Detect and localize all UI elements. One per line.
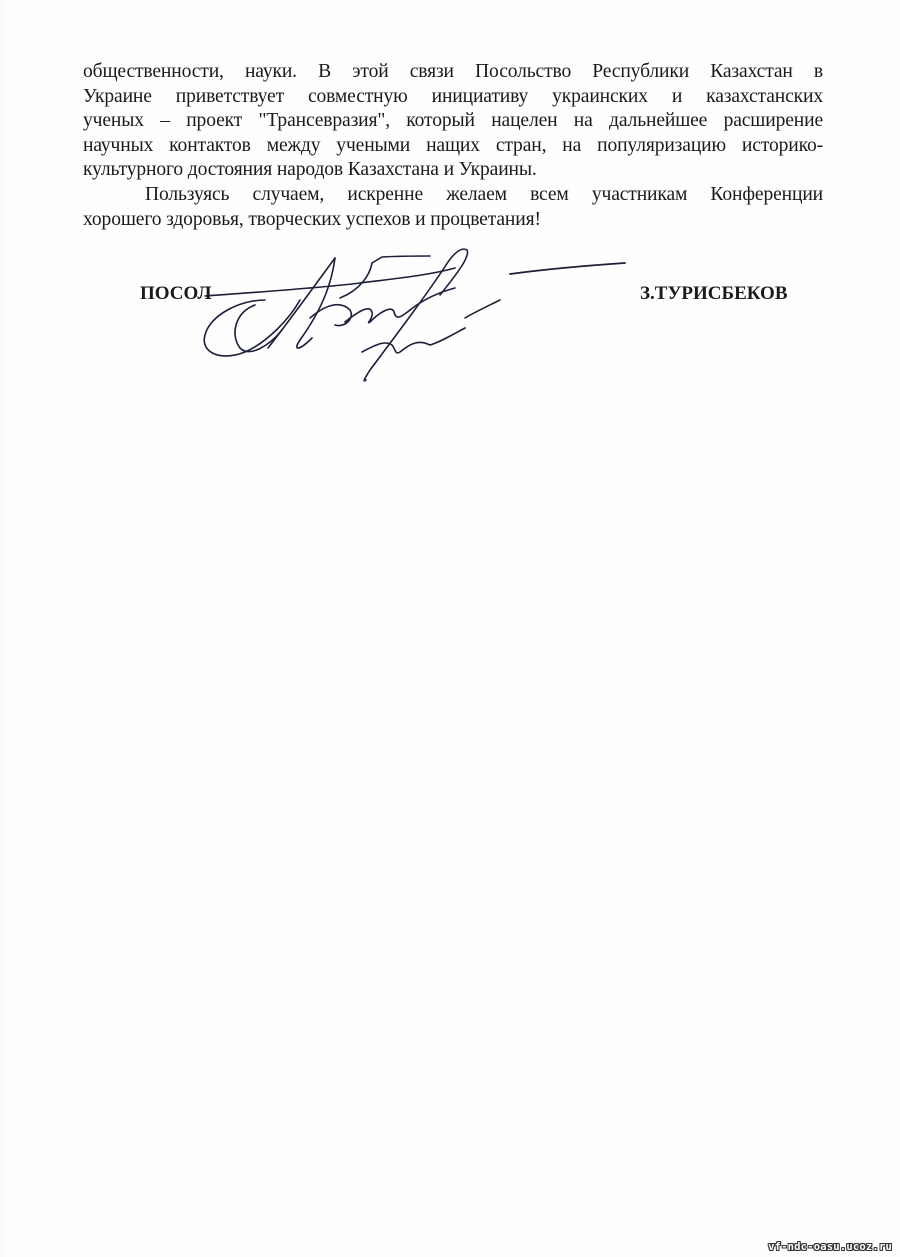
signatory-title: ПОСОЛ [140, 283, 212, 305]
body-line: хорошего здоровья, творческих успехов и … [83, 208, 823, 233]
body-line: Украине приветствует совместную инициати… [83, 85, 823, 110]
body-line: научных контактов между учеными нащих ст… [83, 134, 823, 159]
site-watermark: vf-ndc-oasu.ucoz.ru [768, 1241, 892, 1253]
body-line: Пользуясь случаем, искренне желаем всем … [83, 183, 823, 208]
letter-body: общественности, науки. В этой связи Посо… [83, 60, 823, 232]
body-line: культурного достояния народов Казахстана… [83, 158, 823, 183]
signatory-name: З.ТУРИСБЕКОВ [640, 283, 788, 305]
document-page: общественности, науки. В этой связи Посо… [0, 0, 900, 1257]
body-line: ученых – проект "Трансевразия", который … [83, 109, 823, 134]
scan-edge-shadow [0, 0, 6, 1257]
body-line: общественности, науки. В этой связи Посо… [83, 60, 823, 85]
